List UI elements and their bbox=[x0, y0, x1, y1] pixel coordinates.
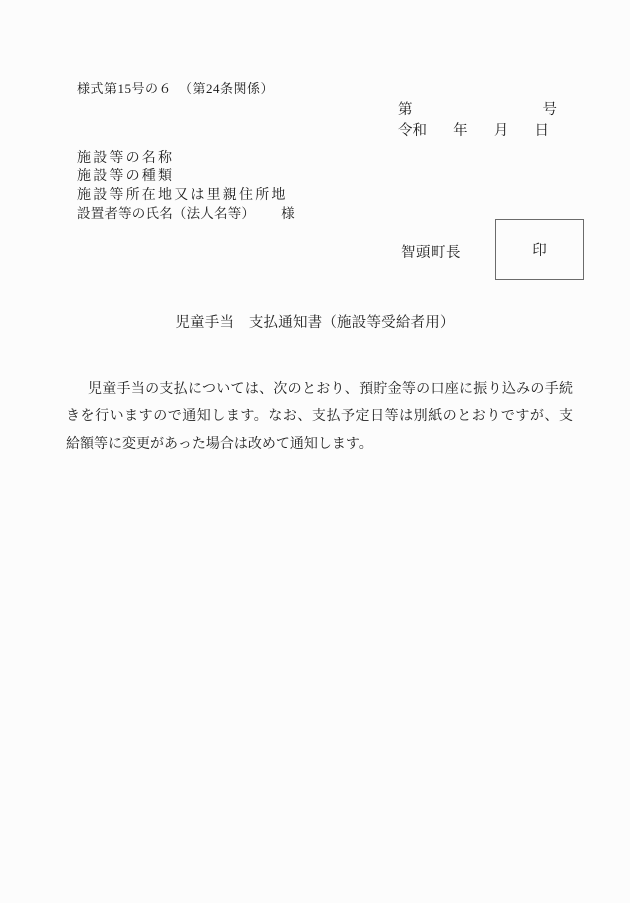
body-paragraph: 児童手当の支払については、次のとおり、預貯金等の口座に振り込みの手続 きを行いま… bbox=[66, 376, 573, 458]
founder-name-line: 設置者等の氏名（法人名等）様 bbox=[77, 205, 295, 223]
doc-number-line: 第 号 bbox=[398, 98, 557, 119]
seal-label: 印 bbox=[532, 239, 547, 260]
doc-number-prefix: 第 bbox=[398, 98, 413, 119]
facility-address-label: 施設等所在地又は里親住所地 bbox=[77, 187, 295, 205]
era-label: 令和 bbox=[398, 119, 427, 140]
honorific-label: 様 bbox=[281, 206, 295, 221]
facility-name-label: 施設等の名称 bbox=[77, 150, 295, 168]
body-line-3: 給額等に変更があった場合は改めて通知します。 bbox=[66, 431, 573, 458]
mayor-name: 智頭町長 bbox=[401, 241, 461, 262]
seal-box: 印 bbox=[495, 219, 584, 280]
doc-number-suffix: 号 bbox=[543, 98, 558, 119]
form-number: 様式第15号の６ （第24条関係） bbox=[77, 78, 274, 97]
document-page: 様式第15号の６ （第24条関係） 第 号 令和 年 月 日 施設等の名称 施設… bbox=[0, 0, 630, 903]
facility-type-label: 施設等の種類 bbox=[77, 168, 295, 186]
day-label: 日 bbox=[534, 119, 549, 140]
document-title: 児童手当 支払通知書（施設等受給者用） bbox=[0, 311, 630, 332]
body-line-1: 児童手当の支払については、次のとおり、預貯金等の口座に振り込みの手続 bbox=[66, 376, 573, 403]
month-label: 月 bbox=[494, 119, 509, 140]
founder-name-label: 設置者等の氏名（法人名等） bbox=[77, 206, 255, 221]
recipient-block: 施設等の名称 施設等の種類 施設等所在地又は里親住所地 設置者等の氏名（法人名等… bbox=[77, 150, 295, 223]
issue-date-line: 令和 年 月 日 bbox=[398, 119, 549, 140]
body-line-2: きを行いますので通知します。なお、支払予定日等は別紙のとおりですが、支 bbox=[66, 403, 573, 430]
year-label: 年 bbox=[453, 119, 468, 140]
